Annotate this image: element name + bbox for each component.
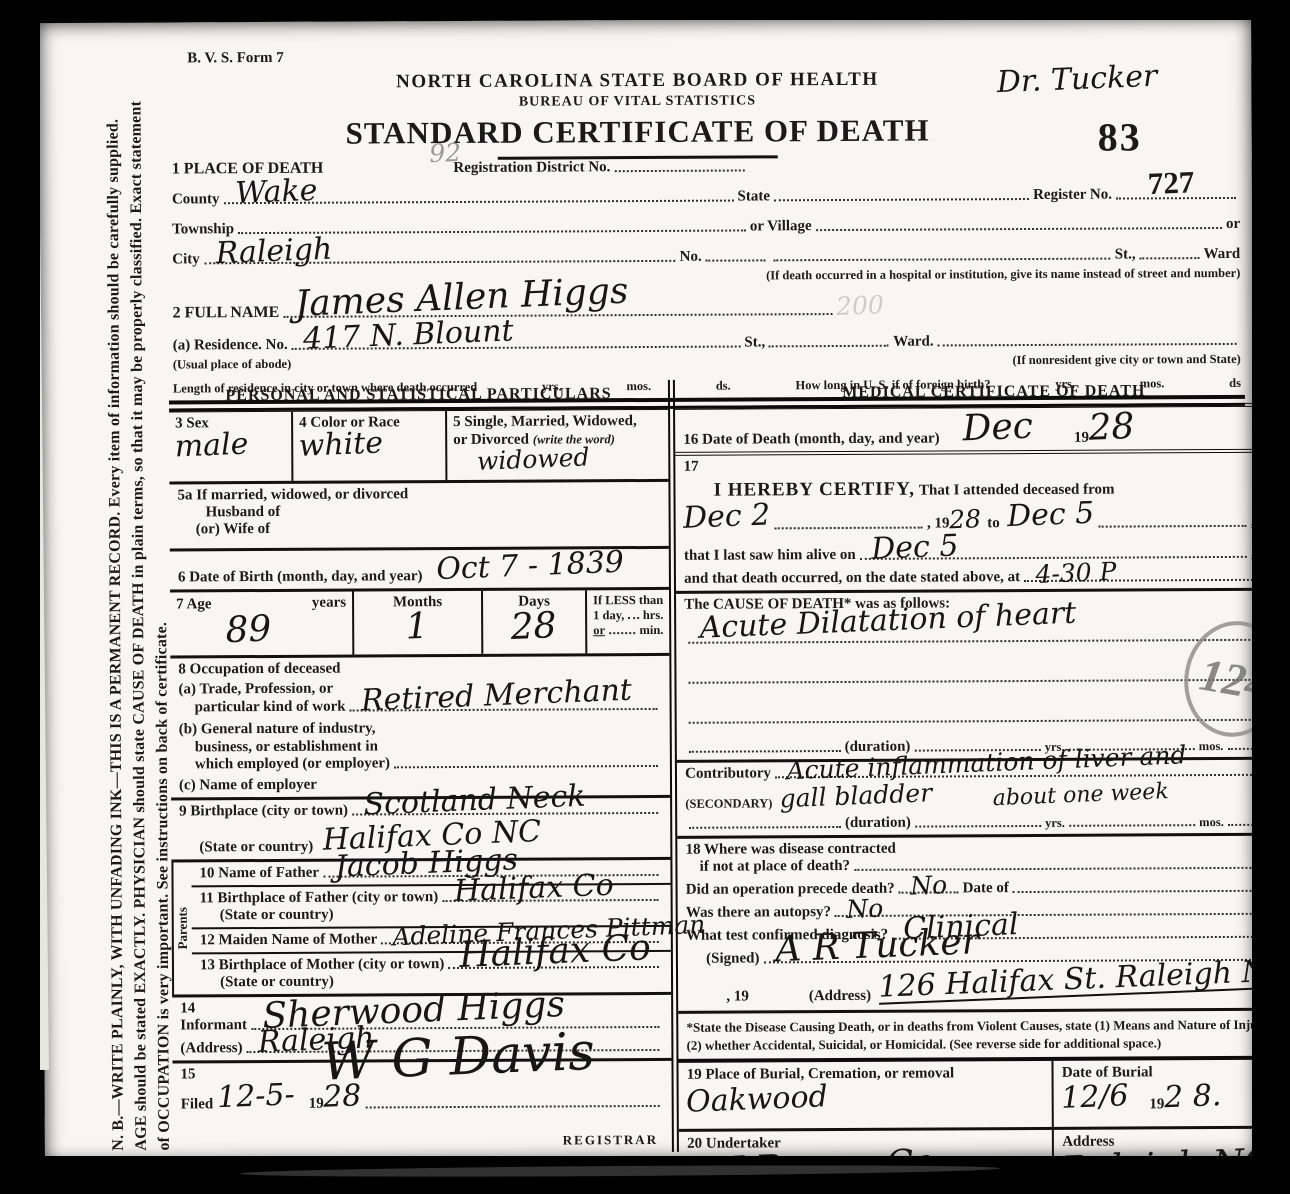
parents-block: Parents 10 Name of Father Jacob Higgs 11… (171, 860, 671, 998)
filed-19: 19 (309, 1096, 324, 1113)
residence-line: 417 N. Blount (292, 342, 741, 350)
residence-label: (a) Residence. No. (173, 337, 288, 355)
sex-race-marital-row: 3 Sex male 4 Color or Race white 5 Singl… (169, 410, 669, 485)
dod-value: Dec (962, 409, 1034, 448)
contrib-mos: mos. (1199, 815, 1224, 830)
informant-addr-label: (Address) (180, 1040, 242, 1057)
contributory-block: Contributory Acute inflammation of liver… (677, 760, 1290, 839)
lastsaw-value: Dec 5 (871, 531, 959, 564)
mother-bp-label: 13 Birthplace of Mother (city or town) (200, 956, 444, 974)
age-years-cell: 7 Age years 89 (170, 592, 352, 656)
residence-value: 417 N. Blount (303, 316, 515, 354)
occ-b-line (394, 761, 658, 768)
filed-date-value: 12-5- (216, 1080, 295, 1113)
marital-value: widowed (476, 441, 662, 473)
q18-line2: if not at place of death? (700, 858, 850, 876)
father-bp-label: 11 Birthplace of Father (city or town) (200, 889, 439, 907)
medical-header: MEDICAL CERTIFICATE OF DEATH (675, 377, 1290, 410)
contrib-duration-lead (689, 822, 841, 829)
less-line1: If LESS than (593, 593, 663, 608)
village-label: or Village (750, 218, 812, 235)
doctor-annotation: Dr. Tucker (996, 62, 1158, 98)
less-min: min. (639, 623, 663, 638)
registrar-signature: W G Davis (321, 1026, 596, 1089)
informant-label: Informant (180, 1017, 247, 1034)
comma19d: , 19 (726, 988, 749, 1005)
abode-note: (Usual place of abode) (173, 357, 291, 373)
secondary-label: (SECONDARY) (685, 796, 772, 811)
county-value: Wake (234, 176, 317, 209)
state-line (774, 194, 1029, 201)
mother-bp-value: Halifax Co (459, 930, 652, 974)
registration-district-line (614, 165, 744, 172)
burial-place-cell: 19 Place of Burial, Cremation, or remova… (679, 1061, 1054, 1129)
or-label: or (1226, 216, 1240, 233)
burial-row: 19 Place of Burial, Cremation, or remova… (679, 1060, 1290, 1132)
cause-of-death-block: The CAUSE OF DEATH* was as follows: Acut… (676, 591, 1290, 763)
date-of-death-row: 16 Date of Death (month, day, and year) … (675, 407, 1290, 456)
race-value: white (298, 426, 439, 462)
attended-to-line (1099, 521, 1247, 528)
attended-from-line (775, 523, 923, 530)
st-label: St., (1115, 246, 1136, 263)
contributory-line-1: Acute inflammation of liver and (775, 770, 1290, 779)
place-of-death-section: 1 PLACE OF DEATH Registration District N… (168, 143, 1245, 412)
f5a-line3: (or) Wife of (196, 519, 661, 538)
autopsy-value: No (846, 895, 884, 921)
dod-label: 16 Date of Death (month, day, and year) (683, 430, 939, 448)
residence-ward-label: Ward. (893, 334, 934, 351)
county-row: County Wake State Register No. (172, 173, 1240, 209)
sex-cell: 3 Sex male (169, 412, 291, 482)
duration-lead-line (689, 746, 841, 753)
faint-pencil-scribble: 200 (836, 292, 897, 319)
duration-mos: mos. (1199, 739, 1224, 754)
question-18-block: 18 Where was disease contracted if not a… (677, 836, 1290, 1014)
signed-label: (Signed) (706, 950, 759, 967)
contrib-duration-label: (duration) (845, 815, 911, 832)
marital-label-1: 5 Single, Married, Widowed, (453, 413, 662, 431)
county-line: Wake (223, 196, 733, 205)
city-label: City (172, 251, 200, 268)
contrib-yrs: yrs. (1045, 816, 1065, 831)
scan-right-border (1252, 0, 1290, 1194)
board-name: NORTH CAROLINA STATE BOARD OF HEALTH (287, 68, 987, 94)
personal-header: PERSONAL AND STATISTICAL PARTICULARS (169, 380, 668, 413)
occ-a-line2: particular kind of work (195, 699, 346, 716)
father-bp-value: Halifax Co (453, 871, 614, 907)
dob-label: 6 Date of Birth (month, day, and year) (178, 568, 423, 586)
bureau-name: BUREAU OF VITAL STATISTICS (287, 92, 987, 112)
q18-line (854, 863, 1290, 871)
state-label: State (737, 188, 770, 205)
item-17: 17 (684, 456, 1290, 476)
register-line (1116, 193, 1236, 200)
burial-year: 2 8. (1163, 1081, 1221, 1113)
residence-ward-line (769, 341, 889, 348)
operation-value: No (910, 872, 948, 898)
occ-a-line: Retired Merchant (350, 704, 658, 712)
cause-footnote: *State the Disease Causing Death, or in … (678, 1011, 1290, 1063)
occurred-label: and that death occurred, on the date sta… (684, 569, 1020, 588)
age-days-value: 28 (488, 607, 579, 647)
city-value: Raleigh (215, 235, 333, 270)
mother-birthplace-row: 13 Birthplace of Mother (city or town) H… (192, 952, 671, 995)
dod-19: 19 (1074, 430, 1089, 447)
dateof-label: Date of (963, 880, 1009, 897)
marital-cell: 5 Single, Married, Widowed, or Divorced … (445, 410, 669, 480)
sex-value: male (174, 428, 285, 462)
village-line (816, 223, 1222, 231)
filed-label: Filed (181, 1096, 214, 1113)
full-name-label: 2 FULL NAME (172, 304, 279, 323)
contrib-yrs-line (915, 821, 1041, 828)
age-months-cell: Months 1 (352, 591, 481, 655)
birthplace-value: Scotland Neck (363, 782, 586, 821)
county-label: County (172, 191, 220, 208)
residence-extra-line (938, 339, 1237, 347)
age-days-cell: Days 28 (481, 590, 585, 654)
street-no-line (706, 255, 766, 261)
less-than-day-cell: If LESS than 1 day,hrs. ormin. (585, 590, 670, 653)
contributory-value-2: gall bladder (779, 780, 932, 811)
burial-19: 19 (1149, 1096, 1164, 1113)
register-label: Register No. (1033, 187, 1112, 204)
address-label: (Address) (809, 988, 871, 1005)
occ-b-line3: which employed (or employer) (195, 755, 390, 773)
registration-district-label: Registration District No. (453, 159, 610, 177)
mother-bp-line: Halifax Co (448, 962, 659, 969)
hospital-note: (If death occurred in a hospital or inst… (766, 266, 1240, 283)
scanned-death-certificate: N. B.—WRITE PLAINLY, WITH UNFADING INK—T… (0, 0, 1290, 1194)
personal-column: PERSONAL AND STATISTICAL PARTICULARS 3 S… (169, 380, 679, 1155)
birthplace-state-label: (State or country) (199, 839, 313, 857)
age-years-value: 89 (225, 608, 346, 649)
contrib-mos-line (1069, 820, 1195, 827)
mother-label: 12 Maiden Name of Mother (200, 931, 378, 949)
lastsaw-label: that I last saw him alive on (684, 547, 856, 565)
occ-b-line2: business, or establishment in (195, 738, 378, 755)
less-hrs: hrs. (643, 608, 664, 623)
filed-row: 15 Filed 12-5- 19 28 W G Davis REGISTRAR (172, 1061, 672, 1155)
age-label: 7 Age (176, 596, 212, 612)
nonresident-note: (If nonresident give city or town and St… (1012, 352, 1240, 368)
operation-line: No (899, 887, 959, 893)
less-line2: 1 day, (593, 608, 624, 623)
full-name-row: 2 FULL NAME James Allen Higgs 200 (172, 281, 1240, 323)
occ-a-line1: (a) Trade, Profession, or (178, 681, 333, 698)
parents-vertical-label: Parents (171, 862, 192, 994)
paper-sheet: N. B.—WRITE PLAINLY, WITH UNFADING INK—T… (39, 17, 1257, 1163)
certificate-form: B. V. S. Form 7 NORTH CAROLINA STATE BOA… (167, 25, 1249, 1155)
registrar-label: REGISTRAR (563, 1132, 658, 1148)
attended-to-value: Dec 5 (1007, 499, 1095, 532)
occ-b-line1: (b) General nature of industry, (179, 720, 376, 737)
autopsy-label: Was there an autopsy? (686, 904, 831, 922)
father-label: 10 Name of Father (199, 865, 319, 883)
married-to-row: 5a If married, widowed, or divorced Husb… (169, 482, 669, 552)
dob-value: Oct 7 - 1839 (435, 548, 624, 586)
scan-top-border (0, 0, 1290, 20)
time-value: 4-30 P (1035, 559, 1117, 587)
to-label: to (987, 515, 1000, 532)
certify-block: 17 I HEREBY CERTIFY, That I attended dec… (675, 453, 1290, 594)
street-line (774, 254, 1111, 262)
age-months-value: 1 (359, 607, 475, 648)
contributory-label: Contributory (685, 765, 771, 782)
occ-a-value: Retired Merchant (360, 676, 632, 717)
occupation-row: 8 Occupation of deceased (a) Trade, Prof… (170, 656, 670, 801)
dateof-line (1013, 886, 1290, 894)
medical-column: MEDICAL CERTIFICATE OF DEATH 16 Date of … (675, 377, 1290, 1152)
dob-row: 6 Date of Birth (month, day, and year) O… (170, 549, 669, 593)
less-or: or (593, 623, 605, 638)
residence-st-label: St., (744, 334, 765, 351)
signed-value: A R Tucker (774, 924, 979, 968)
time-line: 4-30 P (1024, 575, 1285, 582)
form-number: B. V. S. Form 7 (187, 50, 284, 68)
scan-left-border (0, 0, 40, 1194)
age-row: 7 Age years 89 Months 1 Days 28 (170, 590, 670, 659)
street-no-label: No. (680, 249, 702, 266)
birthplace-label: 9 Birthplace (city or town) (179, 803, 348, 821)
father-bp-line: Halifax Co (442, 895, 659, 902)
filed-line (366, 1101, 660, 1109)
race-cell: 4 Color or Race white (291, 411, 445, 481)
ward-label: Ward (1204, 246, 1241, 263)
burial-date-value: 12/6 (1061, 1081, 1130, 1114)
contributory-duration: about one week (992, 781, 1169, 810)
attended-from-value: Dec 2 (683, 500, 771, 533)
ward-line (1140, 253, 1200, 259)
full-name-line: James Allen Higgs (283, 309, 833, 318)
dod-year: 28 (1088, 409, 1135, 447)
city-line: Raleigh (204, 256, 676, 264)
main-grid: PERSONAL AND STATISTICAL PARTICULARS 3 S… (169, 377, 1249, 1155)
